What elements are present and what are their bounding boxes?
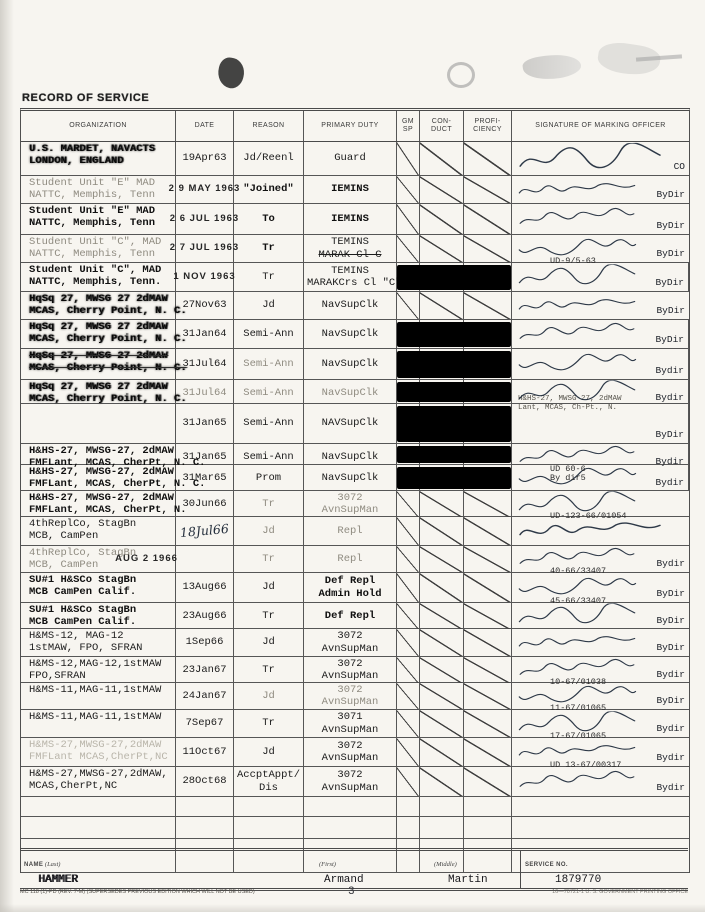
bydir-text: ByDir <box>655 335 684 346</box>
date-cell: 2 9 MAY 1963 <box>176 176 234 203</box>
service-no-value: 1879770 <box>555 874 684 886</box>
table-row: SU#1 H&SCo StagBnMCB CamPen Calif.23Aug6… <box>21 603 689 629</box>
redaction-bar <box>397 382 511 402</box>
reason-cell: Jd <box>234 683 304 709</box>
date-cell: 27Nov63 <box>176 292 234 319</box>
reason-cell: Tr <box>234 546 304 572</box>
signature-cell: Bydir <box>512 465 689 491</box>
duty-cell: IEMINS <box>304 204 397 234</box>
org-cell: Student Unit "E" MADNATTC, Memphis, Tenn <box>21 204 176 234</box>
signature-scribble <box>516 263 639 289</box>
reason-cell: Semi-Ann <box>234 404 304 443</box>
signature-cell: ByDir <box>512 292 689 319</box>
bydir-text: Bydir <box>655 366 684 377</box>
duty-cell: Guard <box>304 142 397 175</box>
date-cell: 7Sep67 <box>176 710 234 737</box>
table-row <box>21 817 689 839</box>
conduct-cell <box>420 142 464 175</box>
org-cell: HqSq 27, MWSG 27 2dMAWMCAS, Cherry Point… <box>21 292 176 319</box>
date-cell: 31Jan64 <box>176 320 234 348</box>
sp-cell <box>397 204 420 234</box>
reason-cell: Prom <box>234 465 304 491</box>
header-primary-duty: PRIMARY DUTY <box>304 111 397 141</box>
bydir-text: ByDir <box>656 221 685 232</box>
reason-cell: Tr <box>234 491 304 517</box>
bydir-text: ByDir <box>656 190 685 201</box>
duty-cell: 3072AvnSupMan <box>304 629 397 656</box>
duty-cell: Def Repl <box>304 603 397 629</box>
sp-cell <box>397 683 420 709</box>
duty-cell: TEMINSMARAKCrs Cl "C" <box>304 263 397 291</box>
reason-cell: Tr <box>234 657 304 683</box>
duty-cell: Repl <box>304 517 397 545</box>
signature-cell: Bydir <box>512 349 689 379</box>
header-conduct: CON-DUCT <box>420 111 464 141</box>
conduct-cell <box>420 176 464 203</box>
form-id-text: MC 118 (1)-PD (REV. 7-M) (SUPERSEDES PRE… <box>20 889 255 895</box>
conduct-cell <box>420 546 464 572</box>
ud-stamp: UD-9/5-63 <box>550 257 596 266</box>
proficiency-cell <box>464 491 512 517</box>
duty-cell: NavSupClk <box>304 320 397 348</box>
ud-stamp: UD 13-67/00317 <box>550 761 621 770</box>
table-row: 4thReplCo, StagBnMCB, CamPenAUG 2 1966Tr… <box>21 546 689 573</box>
middle-name-field: (Middle) Martin <box>430 851 520 888</box>
duty-cell: 3072AvnSupMan <box>304 491 397 517</box>
reason-cell: Jd <box>234 738 304 766</box>
redaction-bar <box>397 467 511 489</box>
reason-cell: Jd/Reenl <box>234 142 304 175</box>
date-cell: 19Apr63 <box>176 142 234 175</box>
proficiency-cell <box>464 603 512 629</box>
conduct-cell <box>420 204 464 234</box>
org-cell <box>21 797 176 816</box>
header-sp: GMSP <box>397 111 420 141</box>
date-cell: 2 6 JUL 1963 <box>176 204 234 234</box>
sp-cell <box>397 235 420 262</box>
date-cell: 11Oct67 <box>176 738 234 766</box>
bydir-text: ByDir <box>655 430 684 441</box>
bydir-text: Bydir <box>656 783 685 794</box>
scan-smudge <box>447 62 475 88</box>
date-cell <box>176 797 234 816</box>
duty-cell: Def ReplAdmin Hold <box>304 573 397 602</box>
signature-cell: ByDir <box>512 320 689 348</box>
reason-cell: Tr <box>234 710 304 737</box>
signature-cell: 10-67/01038Bydir <box>512 657 689 683</box>
reason-cell: Jd <box>234 517 304 545</box>
reason-cell: Jd <box>234 573 304 602</box>
proficiency-cell <box>464 710 512 737</box>
duty-cell: Repl <box>304 546 397 572</box>
sp-cell <box>397 738 420 766</box>
signature-cell <box>512 817 689 838</box>
table-row: HqSq 27, MWSG 27 2dMAWMCAS, Cherry Point… <box>21 349 689 380</box>
date-cell: 1Sep66 <box>176 629 234 656</box>
proficiency-cell <box>464 767 512 796</box>
name-footer-band: NAME (Last) HAMMER (First) Armand (Middl… <box>20 848 688 891</box>
reason-cell: Semi-Ann <box>234 380 304 406</box>
scan-left-edge-shadow <box>0 0 14 912</box>
duty-cell: 3071AvnSupMan <box>304 710 397 737</box>
sp-cell <box>397 176 420 203</box>
proficiency-cell <box>464 573 512 602</box>
table-row: H&MS-12, MAG-121stMAW, FPO, SFRAN1Sep66J… <box>21 629 689 657</box>
conduct-cell <box>420 797 464 816</box>
date-cell: 30Jun66 <box>176 491 234 517</box>
signature-cell: ByDir <box>512 263 689 291</box>
signature-scribble <box>516 603 639 629</box>
table-row: Student Unit "E" MADNATTC, Memphis, Tenn… <box>21 176 689 204</box>
header-signature: SIGNATURE OF MARKING OFFICER <box>512 111 689 141</box>
conduct-cell <box>420 235 464 262</box>
duty-cell: 3072AvnSupMan <box>304 767 397 796</box>
reason-cell: Tr <box>234 235 304 262</box>
org-cell: Student Unit "C", MADNATTC, Memphis, Ten… <box>21 235 176 262</box>
org-cell: H&MS-11,MAG-11,1stMAW <box>21 710 176 737</box>
org-cell: H&MS-11,MAG-11,1stMAW <box>21 683 176 709</box>
signature-scribble <box>516 292 639 318</box>
date-cell <box>176 817 234 838</box>
org-cell: H&MS-12,MAG-12,1stMAWFPO,SFRAN <box>21 657 176 683</box>
typed-unit-annotation: Lant, MCAS, Ch-Pt., N. <box>518 404 617 413</box>
signature-cell: UD-9/5-63ByDir <box>512 235 689 262</box>
signature-cell: H&HS-27, MWSG-27, 2dMAWLant, MCAS, Ch-Pt… <box>512 380 689 406</box>
date-cell: 31Jan65 <box>176 404 234 443</box>
proficiency-cell <box>464 546 512 572</box>
bydir-text: ByDir <box>656 616 685 627</box>
bydir-text: Bydir <box>656 670 685 681</box>
sp-cell <box>397 491 420 517</box>
sp-cell <box>397 546 420 572</box>
duty-cell: 3072AvnSupMan <box>304 657 397 683</box>
table-row: HqSq 27, MWSG 27 2dMAWMCAS, Cherry Point… <box>21 292 689 320</box>
org-cell: H&HS-27, MWSG-27, 2dMAWFMFLant, MCAS, Ch… <box>21 465 176 491</box>
conduct-cell <box>420 491 464 517</box>
date-cell: 31Mar65 <box>176 465 234 491</box>
signature-cell: 45-66/33407ByDir <box>512 573 689 602</box>
org-cell: 4thReplCo, StagBnMCB, CamPen <box>21 517 176 545</box>
table-row: H&MS-27,MWSG-27,2dMAW,MCAS,CherPt,NC28Oc… <box>21 767 689 797</box>
conduct-cell <box>420 629 464 656</box>
date-cell: 2 7 JUL 1963 <box>176 235 234 262</box>
sp-cell <box>397 573 420 602</box>
bydir-text: ByDir <box>656 249 685 260</box>
table-row: H&HS-27, MWSG-27, 2dMAWFMFLant, MCAS, Ch… <box>21 465 689 491</box>
date-cell: 31Jul64 <box>176 380 234 406</box>
reason-cell: Jd <box>234 292 304 319</box>
org-cell: HqSq 27, MWSG 27 2dMAWMCAS, Cherry Point… <box>21 380 176 406</box>
date-cell: 23Jan67 <box>176 657 234 683</box>
date-cell: 18Jul66 <box>176 517 234 545</box>
org-cell: H&MS-12, MAG-121stMAW, FPO, SFRAN <box>21 629 176 656</box>
header-organization: ORGANIZATION <box>21 111 176 141</box>
duty-cell <box>304 797 397 816</box>
bydir-text: Bydir <box>656 559 685 570</box>
org-cell: HqSq 27, MWSG 27 2dMAWMCAS, Cherry Point… <box>21 320 176 348</box>
reason-cell: AccptAppt/Dis <box>234 767 304 796</box>
table-row: HqSq 27, MWSG 27 2dMAWMCAS, Cherry Point… <box>21 320 689 349</box>
conduct-cell <box>420 573 464 602</box>
signature-scribble <box>516 141 665 174</box>
signature-cell: 40-66/33407Bydir <box>512 546 689 572</box>
table-row: Student Unit "C", MADNATTC, Memphis, Ten… <box>21 235 689 263</box>
proficiency-cell <box>464 176 512 203</box>
org-cell <box>21 817 176 838</box>
bydir-text: ByDir <box>656 306 685 317</box>
conduct-cell <box>420 517 464 545</box>
sp-cell <box>397 292 420 319</box>
scan-bottom-edge-shadow <box>0 904 705 912</box>
conduct-cell <box>420 767 464 796</box>
duty-cell <box>304 817 397 838</box>
bydir-text: ByDir <box>656 589 685 600</box>
signature-cell <box>512 797 689 816</box>
bydir-text: ByDir <box>655 278 684 289</box>
duty-cell: 3072AvnSupMan <box>304 683 397 709</box>
table-row: Student Unit "C", MADNATTC, Memphis, Ten… <box>21 263 689 292</box>
signature-scribble <box>516 629 639 655</box>
reason-cell: Semi-Ann <box>234 349 304 379</box>
conduct-cell <box>420 710 464 737</box>
proficiency-cell <box>464 738 512 766</box>
bydir-text: ByDir <box>656 696 685 707</box>
sp-cell <box>397 657 420 683</box>
scan-smudge <box>522 51 583 83</box>
bydir-text: Bydir <box>655 393 684 404</box>
duty-cell: NavSupClk <box>304 380 397 406</box>
duty-cell: NAVSupClk <box>304 404 397 443</box>
bydir-text: Bydir <box>656 753 685 764</box>
bydir-text: Bydir <box>656 724 685 735</box>
org-cell <box>21 404 176 443</box>
duty-cell: NavSupClk <box>304 349 397 379</box>
conduct-cell <box>420 817 464 838</box>
signature-cell: Bydir <box>512 767 689 796</box>
ud-stamp: By dir5 <box>550 474 586 483</box>
date-cell: AUG 2 1966 <box>176 546 234 572</box>
table-header-row: ORGANIZATION DATE REASON PRIMARY DUTY GM… <box>21 111 689 142</box>
sp-cell <box>397 603 420 629</box>
org-cell: HqSq 27, MWSG 27 2dMAWMCAS, Cherry Point… <box>21 349 176 379</box>
proficiency-cell <box>464 517 512 545</box>
reason-cell <box>234 817 304 838</box>
redaction-bar <box>397 322 511 347</box>
duty-cell: NavSupClk <box>304 465 397 491</box>
signature-cell: ByDir <box>512 603 689 629</box>
proficiency-cell <box>464 235 512 262</box>
proficiency-cell <box>464 629 512 656</box>
date-cell: 31Jul64 <box>176 349 234 379</box>
org-cell: H&HS-27, MWSG-27, 2dMAWFMFLant, MCAS, Ch… <box>21 491 176 517</box>
signature-cell: CO <box>512 142 689 175</box>
conduct-cell <box>420 738 464 766</box>
date-cell: 1 NOV 1963 <box>176 263 234 291</box>
proficiency-cell <box>464 204 512 234</box>
signature-scribble <box>516 380 639 406</box>
signature-cell: UD 13-67/00317Bydir <box>512 738 689 766</box>
sp-cell <box>397 142 420 175</box>
duty-cell: IEMINS <box>304 176 397 203</box>
conduct-cell <box>420 657 464 683</box>
signature-cell: ByDir <box>512 176 689 203</box>
ud-stamp: 45-66/33407 <box>550 597 606 606</box>
signature-scribble <box>516 768 639 794</box>
service-record-table: ORGANIZATION DATE REASON PRIMARY DUTY GM… <box>20 108 690 873</box>
conduct-cell <box>420 292 464 319</box>
proficiency-cell <box>464 657 512 683</box>
duty-cell: TEMINSMARAK Cl C <box>304 235 397 262</box>
service-no-field: SERVICE NO. 1879770 <box>520 851 688 888</box>
signature-cell: 17-67/01065Bydir <box>512 710 689 737</box>
proficiency-cell <box>464 683 512 709</box>
bydir-text: CO <box>674 162 685 173</box>
sp-cell <box>397 817 420 838</box>
table-row: H&MS-12,MAG-12,1stMAWFPO,SFRAN23Jan67Tr3… <box>21 657 689 683</box>
ud-stamp: 17-67/01065 <box>550 732 606 741</box>
signature-cell: ByDir <box>512 204 689 234</box>
proficiency-cell <box>464 142 512 175</box>
table-row: U.S. MARDET, NAVACTSLONDON, ENGLAND19Apr… <box>21 142 689 176</box>
reason-cell: Semi-Ann <box>234 320 304 348</box>
date-cell: 23Aug66 <box>176 603 234 629</box>
gpo-print-ref: 16—70721-1 U. S. GOVERNMENT PRINTING OFF… <box>552 889 688 895</box>
reason-cell: To <box>234 204 304 234</box>
bydir-text: Bydir <box>655 478 684 489</box>
bydir-text: Bydir <box>655 457 684 468</box>
sp-cell <box>397 629 420 656</box>
reason-cell: Tr <box>234 263 304 291</box>
redaction-bar <box>397 406 511 442</box>
table-row: H&HS-27, MWSG-27, 2dMAWFMFLant, MCAS, Ch… <box>21 444 689 465</box>
table-body: U.S. MARDET, NAVACTSLONDON, ENGLAND19Apr… <box>21 142 689 873</box>
date-cell: 28Oct68 <box>176 767 234 796</box>
table-row: H&MS-11,MAG-11,1stMAW7Sep67Tr3071AvnSupM… <box>21 710 689 738</box>
proficiency-cell <box>464 797 512 816</box>
sp-cell <box>397 767 420 796</box>
ud-stamp: 10-67/01038 <box>550 678 606 687</box>
org-cell: Student Unit "C", MADNATTC, Memphis, Ten… <box>21 263 176 291</box>
table-row: SU#1 H&SCo StagBnMCB CamPen Calif.13Aug6… <box>21 573 689 603</box>
org-cell: H&MS-27,MWSG-27,2dMAW,MCAS,CherPt,NC <box>21 767 176 796</box>
org-cell: SU#1 H&SCo StagBnMCB CamPen Calif. <box>21 573 176 602</box>
signature-scribble <box>516 320 639 346</box>
scan-smudge <box>215 55 247 90</box>
sp-cell <box>397 517 420 545</box>
page-number: 3 <box>348 886 355 898</box>
redaction-bar <box>397 265 511 290</box>
reason-cell <box>234 797 304 816</box>
redaction-bar <box>397 446 511 463</box>
bydir-text: ByDir <box>656 643 685 654</box>
first-name-field: (First) Armand <box>260 851 430 888</box>
reason-cell: Jd <box>234 629 304 656</box>
page-title: RECORD OF SERVICE <box>22 92 149 104</box>
date-cell: 13Aug66 <box>176 573 234 602</box>
duty-cell: 3072AvnSupMan <box>304 738 397 766</box>
ud-stamp: 11-67/01065 <box>550 704 606 713</box>
last-name-field: NAME (Last) HAMMER <box>20 851 260 888</box>
org-cell: Student Unit "E" MADNATTC, Memphis, Tenn <box>21 176 176 203</box>
proficiency-cell <box>464 292 512 319</box>
date-cell: 24Jan67 <box>176 683 234 709</box>
header-reason: REASON <box>234 111 304 141</box>
redaction-bar <box>397 351 511 378</box>
conduct-cell <box>420 683 464 709</box>
table-row <box>21 797 689 817</box>
org-cell: SU#1 H&SCo StagBnMCB CamPen Calif. <box>21 603 176 629</box>
sp-cell <box>397 710 420 737</box>
header-proficiency: PROFI-CIENCY <box>464 111 512 141</box>
ud-stamp: UD-123-66/01054 <box>550 512 627 521</box>
record-of-service-page: RECORD OF SERVICE ORGANIZATION DATE REAS… <box>0 0 705 912</box>
table-row: H&MS-27,MWSG-27,2dMAWFMFLant MCAS,CherPt… <box>21 738 689 767</box>
sp-cell <box>397 797 420 816</box>
org-cell: H&MS-27,MWSG-27,2dMAWFMFLant MCAS,CherPt… <box>21 738 176 766</box>
signature-scribble <box>516 176 639 202</box>
table-row: H&HS-27, MWSG-27, 2dMAWFMFLant, MCAS, Ch… <box>21 491 689 517</box>
reason-cell: "Joined" <box>234 176 304 203</box>
last-name-value: HAMMER <box>38 874 256 886</box>
signature-cell <box>512 517 689 545</box>
signature-scribble <box>516 350 639 376</box>
org-cell: U.S. MARDET, NAVACTSLONDON, ENGLAND <box>21 142 176 175</box>
signature-scribble <box>516 205 639 231</box>
table-row: 4thReplCo, StagBnMCB, CamPen18Jul66JdRep… <box>21 517 689 546</box>
table-row: HqSq 27, MWSG 27 2dMAWMCAS, Cherry Point… <box>21 380 689 404</box>
conduct-cell <box>420 603 464 629</box>
header-date: DATE <box>176 111 234 141</box>
ud-stamp: 40-66/33407 <box>550 567 606 576</box>
middle-name-value: Martin <box>448 874 516 886</box>
reason-cell: Tr <box>234 603 304 629</box>
first-name-value: Armand <box>324 874 426 886</box>
duty-cell: NavSupClk <box>304 292 397 319</box>
table-row: Student Unit "E" MADNATTC, Memphis, Tenn… <box>21 204 689 235</box>
signature-cell: ByDir <box>512 629 689 656</box>
proficiency-cell <box>464 817 512 838</box>
